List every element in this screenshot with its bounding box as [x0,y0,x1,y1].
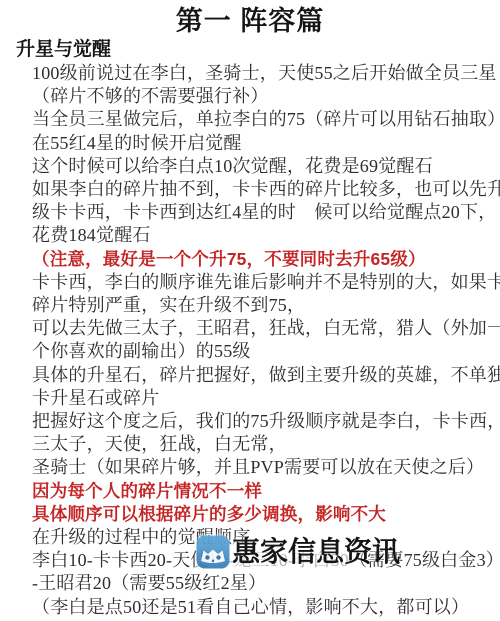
text-line: 花费184觉醒石 [32,224,488,247]
sequence-prefix: 李白10-卡卡西20-天使 [32,550,209,570]
text-line: 在55红4星的时候开启觉醒 [32,132,488,155]
section-heading: 升星与觉醒 [16,39,500,60]
text-line: 这个时候可以给李白点10次觉醒，花费是69觉醒石 [32,155,488,178]
article-body: 100级前说过在李白，圣骑士，天使55之后开始做全员三星 （碎片不够的不需要强行… [32,62,488,619]
text-line: 把握好这个度之后，我们的75升级顺序就是李白，卡卡西， [32,410,488,433]
document-page: 第一 阵容篇 升星与觉醒 100级前说过在李白，圣骑士，天使55之后开始做全员三… [0,6,500,621]
text-line: 当全员三星做完后，单拉李白的75（碎片可以用钻石抽取） [32,108,488,131]
text-line: 具体的升星石，碎片把握好，做到主要升级的英雄，不单独 [32,364,488,387]
text-line: （李白是点50还是51看自己心情，影响不大，都可以） [32,596,488,619]
text-line: 100级前说过在李白，圣骑士，天使55之后开始做全员三星 [32,62,488,85]
text-line: （碎片不够的不需要强行补） [32,85,488,108]
sequence-faded-segment: 10-龙三10-李白50 [209,550,349,570]
text-line: 卡卡西，李白的顺序谁先谁后影响并不是特别的大，如果卡 [32,271,488,294]
page-title: 第一 阵容篇 [0,6,500,36]
red-note-line: （注意，最好是一个个升75，不要同时去升65级） [32,248,488,271]
text-line: 卡升星石或碎片 [32,387,488,410]
text-line: 圣骑士（如果碎片够，并且PVP需要可以放在天使之后） [32,456,488,479]
sequence-suffix: （需要75级白金3） [349,550,500,570]
text-line: 可以去先做三太子，王昭君，狂战，白无常，猎人（外加一 [32,317,488,340]
red-note-line: 因为每个人的碎片情况不一样 [32,480,488,503]
awakening-sequence-line: 李白10-卡卡西20-天使10-龙三10-李白50（需要75级白金3） [32,549,488,572]
text-line: 如果李白的碎片抽不到，卡卡西的碎片比较多，也可以先升 [32,178,488,201]
text-line-under-watermark: 在升级的过程中的觉醒顺序 [32,526,488,549]
red-note-line: 具体顺序可以根据碎片的多少调换，影响不大 [32,503,488,526]
text-line: -王昭君20（需要55级红2星） [32,572,488,595]
text-line: 三太子，天使，狂战，白无常， [32,433,488,456]
text-line: 级卡卡西，卡卡西到达红4星的时 候可以给觉醒点20下， [32,201,488,224]
text-line: 个你喜欢的副输出）的55级 [32,340,488,363]
text-line: 碎片特别严重，实在升级不到75， [32,294,488,317]
